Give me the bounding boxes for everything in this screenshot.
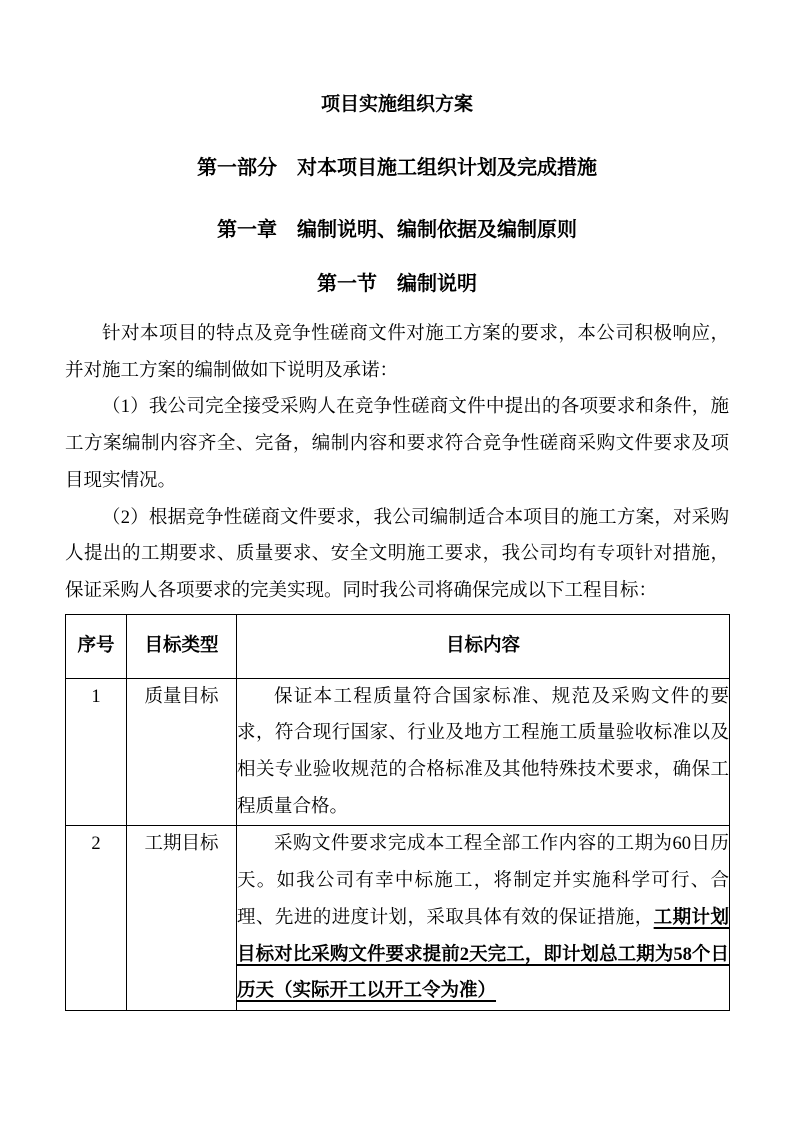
- row-quality-no: 1: [66, 678, 127, 826]
- col-header-type: 目标类型: [127, 614, 237, 678]
- row-schedule-no: 2: [66, 826, 127, 1011]
- paragraph-commitment-1: （1）我公司完全接受采购人在竞争性磋商文件中提出的各项要求和条件，施工方案编制内…: [65, 389, 729, 499]
- document-page: 项目实施组织方案 第一部分 对本项目施工组织计划及完成措施 第一章 编制说明、编…: [0, 0, 794, 1122]
- row-schedule-content: 采购文件要求完成本工程全部工作内容的工期为60日历天。如我公司有幸中标施工，将制…: [237, 826, 730, 1011]
- table-header-row: 序号 目标类型 目标内容: [66, 614, 730, 678]
- paragraph-commitment-2: （2）根据竞争性磋商文件要求，我公司编制适合本项目的施工方案，对采购人提出的工期…: [65, 500, 729, 610]
- doc-title: 项目实施组织方案: [65, 93, 729, 116]
- col-header-content: 目标内容: [237, 614, 730, 678]
- heading-section: 第一节 编制说明: [65, 272, 729, 296]
- row-quality-content-text: 保证本工程质量符合国家标准、规范及采购文件的要求，符合现行国家、行业及地方工程施…: [237, 687, 729, 817]
- col-header-no: 序号: [66, 614, 127, 678]
- table-row-quality: 1 质量目标 保证本工程质量符合国家标准、规范及采购文件的要求，符合现行国家、行…: [66, 678, 730, 826]
- row-schedule-type: 工期目标: [127, 826, 237, 1011]
- heading-part: 第一部分 对本项目施工组织计划及完成措施: [65, 156, 729, 180]
- heading-chapter: 第一章 编制说明、编制依据及编制原则: [65, 218, 729, 242]
- row-quality-type: 质量目标: [127, 678, 237, 826]
- goals-table: 序号 目标类型 目标内容 1 质量目标 保证本工程质量符合国家标准、规范及采购文…: [65, 614, 730, 1011]
- row-quality-content: 保证本工程质量符合国家标准、规范及采购文件的要求，符合现行国家、行业及地方工程施…: [237, 678, 730, 826]
- table-row-schedule: 2 工期目标 采购文件要求完成本工程全部工作内容的工期为60日历天。如我公司有幸…: [66, 826, 730, 1011]
- paragraph-intro: 针对本项目的特点及竞争性磋商文件对施工方案的要求，本公司积极响应，并对施工方案的…: [65, 316, 729, 389]
